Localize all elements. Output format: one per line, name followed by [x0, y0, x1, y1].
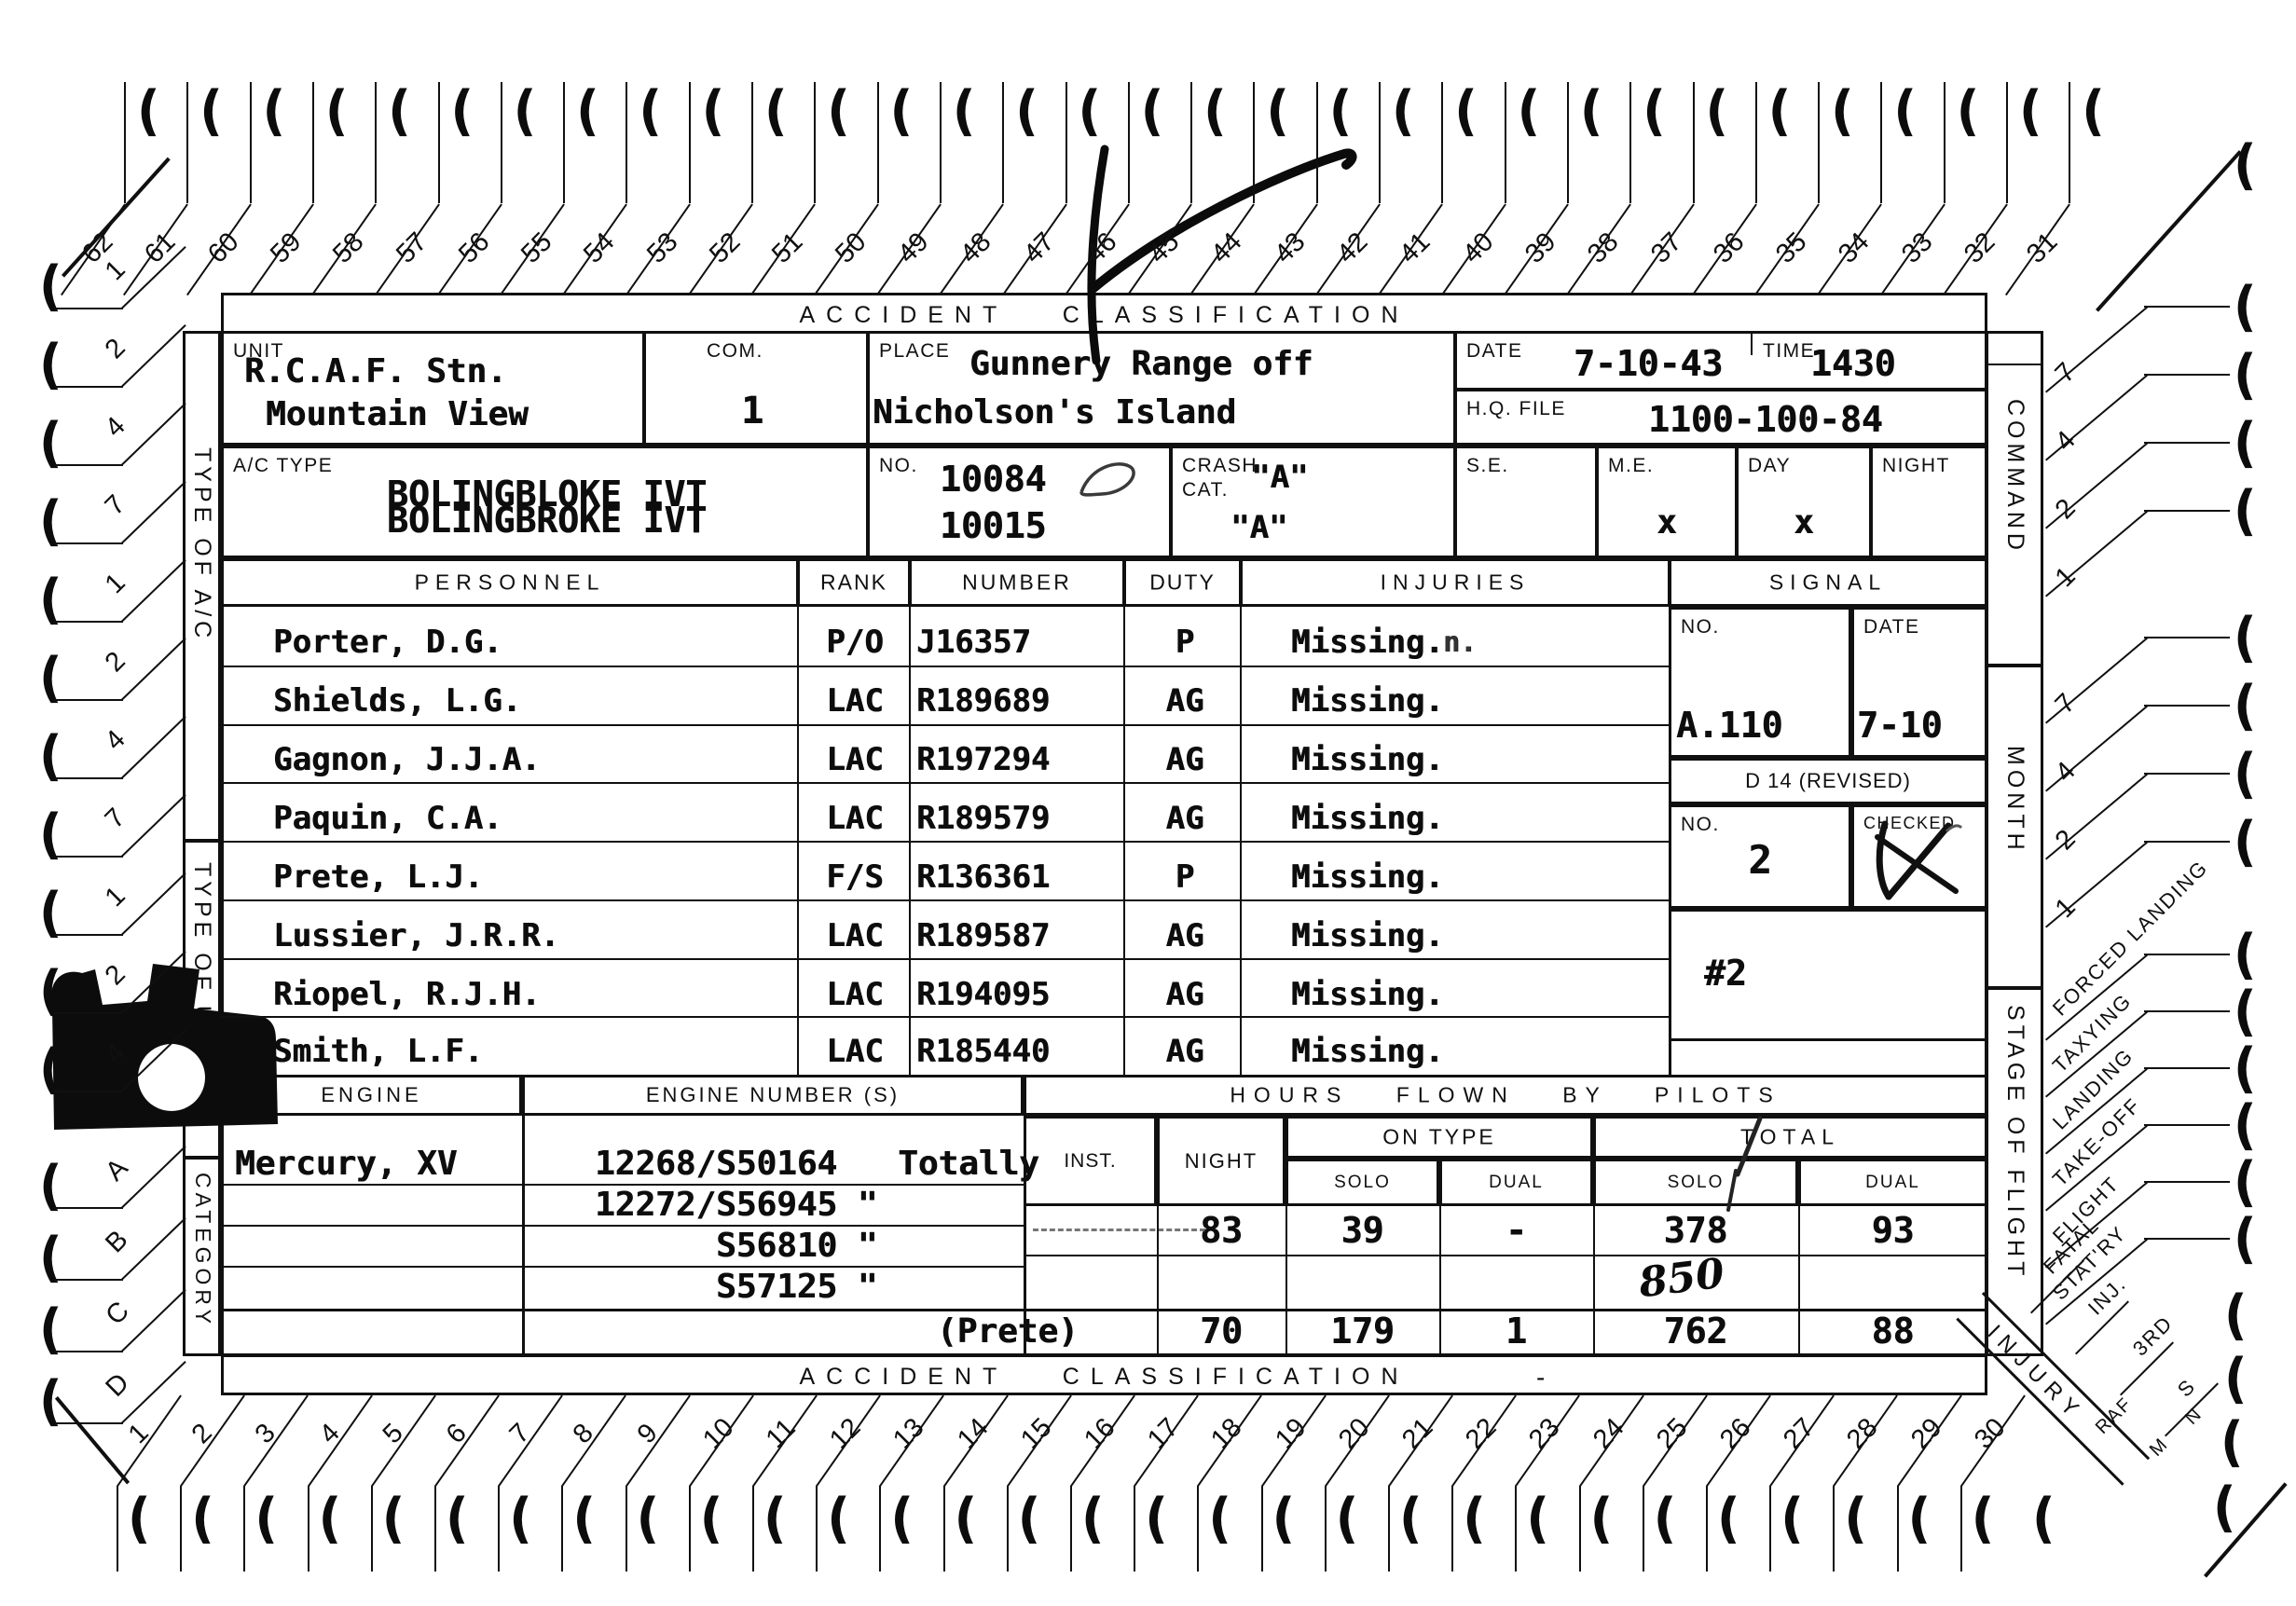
punch-hole-icon: ( — [1780, 1491, 1804, 1545]
punch-hole-icon: ( — [1580, 84, 1603, 138]
punch-hole-icon: ( — [2213, 1480, 2236, 1534]
frame-line — [2144, 374, 2230, 376]
bottom-edge-number: 7 — [504, 1418, 537, 1450]
frame-line — [250, 82, 252, 203]
p-name: Porter, D.G. — [273, 624, 502, 661]
left-edge-number: 2 — [100, 333, 132, 365]
engine-numbers-header-cell: ENGINE NUMBER (S) — [522, 1075, 1024, 1116]
pen-swoosh-mark — [1016, 117, 1389, 387]
left-edge-number: B — [100, 1225, 134, 1259]
frame-line — [54, 1351, 123, 1352]
p-injuries: Missing. — [1291, 800, 1444, 837]
punch-hole-icon: ( — [1893, 84, 1917, 138]
frame-line — [221, 724, 1669, 726]
frame-line — [186, 82, 188, 203]
number-header-cell: NUMBER — [909, 558, 1125, 607]
bottom-edge-number: 11 — [761, 1413, 803, 1455]
punch-hole-icon: ( — [2220, 1415, 2244, 1469]
frame-line — [2144, 841, 2230, 843]
frame-line — [1567, 82, 1569, 203]
signal-no-value: A.110 — [1676, 705, 1782, 746]
frame-line — [221, 1184, 1024, 1186]
frame-line — [1197, 1486, 1199, 1572]
on-type-label: ON TYPE — [1288, 1125, 1590, 1150]
punch-hole-icon: ( — [39, 337, 62, 391]
frame-line — [2045, 307, 2148, 393]
frame-line — [54, 621, 123, 623]
frame-line — [371, 1486, 373, 1572]
frame-line — [308, 1486, 309, 1572]
frame-line — [54, 1207, 123, 1209]
frame-line — [814, 82, 816, 203]
punch-hole-icon: ( — [1972, 1491, 1995, 1545]
frame-line — [1669, 558, 1671, 1075]
frame-line — [1693, 82, 1695, 203]
signal-revision-cell: D 14 (REVISED) — [1669, 758, 1987, 804]
p-name: Prete, L.J. — [273, 858, 483, 896]
hours-total-solo-value: 762 — [1593, 1311, 1798, 1352]
punch-hole-icon: ( — [2234, 416, 2257, 470]
p-number: R189579 — [916, 800, 1050, 837]
punch-hole-icon: ( — [39, 416, 62, 470]
frame-line — [1316, 82, 1318, 203]
p-name: Paquin, C.A. — [273, 800, 502, 837]
day-label: DAY — [1748, 455, 1791, 477]
frame-line — [1755, 82, 1757, 203]
frame-line — [522, 1075, 525, 1356]
hours-header-label: HOURS FLOWN BY PILOTS — [1026, 1083, 1985, 1108]
frame-line — [117, 1486, 118, 1572]
ac-number-line1: 10084 — [940, 459, 1046, 500]
crash-label: CRASH — [1182, 455, 1258, 477]
frame-line — [1986, 986, 2043, 990]
p-injuries: Missing. — [1291, 1033, 1444, 1070]
frame-line — [221, 841, 1669, 843]
p-duty: AG — [1127, 682, 1243, 720]
frame-line — [121, 481, 186, 543]
injury-severity-label: 3RD — [2128, 1311, 2179, 1361]
engine-number-row: S57125 " — [595, 1268, 877, 1306]
frame-line — [124, 82, 126, 203]
punch-hole-icon: ( — [1463, 1491, 1486, 1545]
punch-hole-icon: ( — [1329, 84, 1353, 138]
left-edge-number: D — [100, 1367, 135, 1403]
p-name: Gagnon, J.J.A. — [273, 741, 541, 778]
bottom-edge-number: 14 — [952, 1412, 995, 1455]
frame-line — [1579, 1486, 1581, 1572]
frame-line — [221, 1266, 1024, 1268]
engine-numbers-header-label: ENGINE NUMBER (S) — [525, 1083, 1021, 1107]
signal-header-cell: SIGNAL — [1669, 558, 1987, 607]
bottom-edge-number: 24 — [1588, 1412, 1630, 1455]
p-number: R189689 — [916, 682, 1050, 720]
duty-header-label: DUTY — [1126, 570, 1239, 596]
bottom-edge-number: 5 — [377, 1418, 409, 1450]
frame-line — [943, 1486, 945, 1572]
engine-number-row: S56810 " — [595, 1227, 877, 1265]
hours-dual-value: - — [1439, 1210, 1593, 1251]
p-injuries: Missing. — [1291, 682, 1444, 720]
hours-solo-value: 39 — [1285, 1210, 1439, 1251]
frame-line — [2144, 1067, 2230, 1069]
frame-line — [940, 82, 942, 203]
frame-line — [121, 794, 186, 857]
p-name: Shields, L.G. — [273, 682, 521, 720]
right-band-label-stage-of-flight: STAGE OF FLIGHT — [2001, 1005, 2028, 1280]
signal-no-label: NO. — [1681, 616, 1720, 638]
frame-line — [751, 82, 753, 203]
frame-line — [1002, 82, 1004, 203]
ac-type-label: A/C TYPE — [233, 455, 333, 477]
frame-line — [121, 559, 186, 622]
frame-line — [2045, 706, 2148, 792]
rank-header-cell: RANK — [797, 558, 911, 607]
signal-date-value: 7-10 — [1857, 705, 1943, 746]
frame-line — [1769, 1486, 1771, 1572]
punch-hole-icon: ( — [2234, 1041, 2257, 1095]
punch-hole-icon: ( — [1336, 1491, 1359, 1545]
punch-hole-icon: ( — [2234, 484, 2257, 538]
bottom-edge-number: 10 — [697, 1412, 740, 1455]
punch-hole-icon: ( — [451, 84, 474, 138]
frame-line — [121, 638, 186, 700]
punch-hole-icon: ( — [827, 1491, 850, 1545]
frame-line — [2144, 1010, 2230, 1012]
frame-line — [434, 1486, 436, 1572]
bottom-edge-number: 2 — [186, 1418, 219, 1450]
p-duty: AG — [1127, 741, 1243, 778]
bottom-edge-number: 4 — [313, 1418, 346, 1450]
frame-line — [1944, 82, 1945, 203]
p-injuries: Missing. — [1291, 741, 1444, 778]
punch-hole-icon: ( — [955, 1491, 978, 1545]
punch-hole-icon: ( — [2234, 984, 2257, 1038]
me-label: M.E. — [1608, 455, 1654, 477]
unit-value-line2: Mountain View — [266, 395, 529, 433]
frame-line — [221, 1309, 1987, 1311]
frame-line — [221, 666, 1669, 667]
frame-line — [752, 1486, 754, 1572]
frame-line — [121, 716, 186, 778]
punch-hole-icon: ( — [1081, 1491, 1105, 1545]
frame-line — [183, 839, 221, 843]
frame-line — [2096, 150, 2242, 312]
p-injuries: Missing. — [1291, 624, 1444, 661]
punch-hole-icon: ( — [764, 84, 788, 138]
frame-line — [501, 82, 502, 203]
on-type-header-cell: ON TYPE — [1285, 1116, 1593, 1159]
frame-line — [221, 899, 1669, 901]
pencil-scribble — [1074, 453, 1148, 509]
frame-line — [2006, 82, 2008, 203]
bottom-edge-number: 12 — [824, 1412, 867, 1455]
left-edge-number: 1 — [100, 881, 132, 913]
frame-line — [2144, 1238, 2230, 1240]
p-duty: P — [1127, 624, 1243, 661]
total-dual-label: DUAL — [1801, 1173, 1985, 1193]
left-edge-number: C — [100, 1296, 135, 1331]
frame-line — [1960, 1486, 1962, 1572]
frame-line — [498, 1486, 500, 1572]
frame-line — [1285, 1116, 1287, 1356]
bottom-edge-number: 8 — [568, 1418, 600, 1450]
me-value: x — [1596, 503, 1738, 542]
punch-hole-icon: ( — [890, 1491, 914, 1545]
punch-hole-icon: ( — [514, 84, 537, 138]
left-edge-number: 4 — [100, 411, 132, 444]
p-number: R185440 — [916, 1033, 1050, 1070]
punch-hole-icon: ( — [2234, 348, 2257, 402]
punch-hole-icon: ( — [1079, 84, 1102, 138]
punch-hole-icon: ( — [2234, 815, 2257, 869]
punch-hole-icon: ( — [1145, 1491, 1168, 1545]
punch-hole-icon: ( — [1706, 84, 1729, 138]
frame-line — [54, 1091, 123, 1092]
personnel-header-cell: PERSONNEL — [221, 558, 799, 607]
bottom-edge-number: 6 — [441, 1418, 474, 1450]
left-edge-number: 7 — [100, 803, 132, 835]
frame-line — [2045, 443, 2148, 529]
punch-hole-icon: ( — [1590, 1491, 1614, 1545]
bottom-edge-number: 30 — [1969, 1412, 2012, 1455]
frame-line — [1253, 82, 1255, 203]
frame-line — [563, 82, 565, 203]
punch-hole-icon: ( — [39, 729, 62, 783]
punch-hole-icon: ( — [637, 1491, 660, 1545]
frame-line — [1190, 82, 1192, 203]
frame-line — [54, 856, 123, 858]
stage-of-flight-label: FORCED LANDING — [2048, 856, 2213, 1021]
left-band-label-type-of-ac: TYPE OF A/C — [188, 447, 215, 642]
signal-header-label: SIGNAL — [1671, 570, 1985, 596]
punch-hole-icon: ( — [890, 84, 914, 138]
frame-line — [55, 1396, 130, 1484]
left-edge-number: 1 — [100, 568, 132, 600]
time-value: 1430 — [1810, 343, 1896, 384]
punch-hole-icon: ( — [446, 1491, 469, 1545]
on-type-dual-header-cell: DUAL — [1439, 1159, 1593, 1206]
signal-date-label: DATE — [1863, 616, 1919, 638]
p-duty: AG — [1127, 917, 1243, 954]
frame-line — [879, 1486, 881, 1572]
personnel-header-label: PERSONNEL — [224, 570, 796, 596]
punch-hole-icon: ( — [1844, 1491, 1867, 1545]
accident-classification-card: ACCIDENT CLASSIFICATION ACCIDENT CLASSIF… — [0, 0, 2296, 1606]
punch-hole-icon: ( — [1015, 84, 1038, 138]
frame-line — [180, 1486, 182, 1572]
frame-line — [2045, 511, 2148, 597]
frame-line — [626, 1486, 627, 1572]
frame-line — [54, 1012, 123, 1014]
punch-hole-icon: ( — [1768, 84, 1792, 138]
frame-line — [54, 542, 123, 544]
frame-line — [877, 82, 879, 203]
frame-line — [1134, 1486, 1135, 1572]
se-label: S.E. — [1466, 455, 1509, 477]
frame-line — [2045, 375, 2148, 461]
frame-line — [183, 1156, 221, 1160]
frame-line — [243, 1486, 245, 1572]
frame-line — [1451, 1486, 1453, 1572]
bottom-edge-number: 19 — [1270, 1412, 1313, 1455]
night-cell: NIGHT — [1870, 446, 1987, 558]
frame-line — [54, 777, 123, 779]
frame-line — [2144, 442, 2230, 444]
frame-line — [1066, 82, 1067, 203]
punch-hole-icon: ( — [2019, 84, 2042, 138]
com-label: COM. — [707, 340, 763, 363]
frame-line — [1505, 82, 1506, 203]
p-injuries: Missing. — [1291, 976, 1444, 1013]
punch-hole-icon: ( — [1643, 84, 1666, 138]
p-number: R194095 — [916, 976, 1050, 1013]
frame-line — [54, 1422, 123, 1424]
frame-line — [2069, 82, 2070, 203]
frame-line — [689, 82, 691, 203]
pen-slash-mark — [1650, 1105, 1808, 1217]
corner-label: N — [2181, 1404, 2207, 1430]
com-value: 1 — [741, 390, 763, 432]
p-number: R197294 — [916, 741, 1050, 778]
frame-line — [1880, 82, 1882, 203]
injury-severity-label: S — [2173, 1374, 2201, 1402]
bottom-edge-number: 15 — [1015, 1412, 1058, 1455]
inst-header-cell: INST. — [1024, 1116, 1157, 1206]
frame-line — [2144, 1124, 2230, 1126]
bottom-edge-number: 17 — [1142, 1412, 1185, 1455]
frame-line — [1128, 82, 1130, 203]
bottom-edge-number: 21 — [1396, 1412, 1439, 1455]
punch-hole-icon: ( — [382, 1491, 406, 1545]
hq-file-value: 1100-100-84 — [1648, 399, 1883, 440]
punch-hole-icon: ( — [39, 651, 62, 705]
cat-label: CAT. — [1182, 479, 1229, 501]
punch-hole-icon: ( — [1908, 1491, 1932, 1545]
punch-hole-icon: ( — [39, 1302, 62, 1356]
p-duty: P — [1127, 858, 1243, 896]
corner-label: M — [2146, 1434, 2173, 1461]
bottom-edge-number: 1 — [123, 1418, 156, 1450]
frame-line — [1818, 82, 1820, 203]
bottom-edge-number: 16 — [1079, 1412, 1121, 1455]
punch-hole-icon: ( — [1272, 1491, 1296, 1545]
injuries-header-label: INJURIES — [1243, 570, 1668, 596]
engine-value: Mercury, XV — [235, 1145, 457, 1183]
punch-hole-icon: ( — [39, 572, 62, 626]
bottom-edge-number: 25 — [1651, 1412, 1694, 1455]
punch-hole-icon: ( — [39, 964, 62, 1018]
ac-number-line2: 10015 — [940, 505, 1046, 546]
frame-line — [816, 1486, 818, 1572]
punch-hole-icon: ( — [2234, 679, 2257, 733]
p-rank: LAC — [799, 741, 911, 778]
frame-line — [1751, 331, 1753, 355]
frame-line — [2144, 954, 2230, 955]
duty-header-cell: DUTY — [1123, 558, 1242, 607]
frame-line — [1261, 1486, 1263, 1572]
dual-label: DUAL — [1442, 1173, 1590, 1193]
engine-number-row: 12272/S56945 " — [595, 1186, 877, 1224]
frame-line — [2144, 705, 2230, 707]
left-edge-number: 1 — [100, 254, 132, 287]
p-rank: LAC — [799, 917, 911, 954]
frame-line — [2045, 774, 2148, 860]
engine-number-row-pilot: (Prete) — [937, 1312, 1079, 1351]
hq-file-label: H.Q. FILE — [1466, 398, 1566, 420]
frame-line — [54, 699, 123, 701]
signal-revision-label: D 14 (REVISED) — [1671, 769, 1985, 793]
frame-line — [1833, 1486, 1835, 1572]
date-value: 7-10-43 — [1574, 343, 1723, 384]
punch-hole-icon: ( — [763, 1491, 787, 1545]
punch-hole-icon: ( — [700, 1491, 723, 1545]
frame-line — [1379, 82, 1381, 203]
punch-hole-icon: ( — [1831, 84, 1854, 138]
left-band-label-category: CATEGORY — [190, 1173, 215, 1328]
frame-line — [1986, 364, 2043, 365]
p-rank: F/S — [799, 858, 911, 896]
p-rank: P/O — [799, 624, 911, 661]
frame-line — [1593, 1116, 1595, 1356]
punch-hole-icon: ( — [509, 1491, 532, 1545]
hours-total-dual-value: 93 — [1798, 1210, 1987, 1251]
punch-hole-icon: ( — [2234, 1212, 2257, 1266]
frame-line — [1706, 1486, 1708, 1572]
hours-solo-value: 179 — [1285, 1311, 1439, 1352]
inst-label: INST. — [1026, 1150, 1154, 1173]
frame-line — [1441, 82, 1443, 203]
p-name: Lussier, J.R.R. — [273, 917, 559, 954]
left-edge-number: 4 — [100, 724, 132, 757]
punch-hole-icon: ( — [2234, 1155, 2257, 1209]
night-label: NIGHT — [1160, 1149, 1283, 1174]
punch-hole-icon: ( — [199, 84, 223, 138]
punch-hole-icon: ( — [1208, 1491, 1231, 1545]
engine-number-row: 12268/S50164 Totally — [595, 1145, 1039, 1183]
punch-hole-icon: ( — [319, 1491, 342, 1545]
frame-line — [2144, 306, 2230, 308]
left-edge-number: 2 — [100, 646, 132, 679]
punch-hole-icon: ( — [2224, 1352, 2248, 1406]
punch-hole-icon: ( — [39, 494, 62, 548]
number-header-label: NUMBER — [912, 570, 1122, 596]
punch-hole-icon: ( — [1526, 1491, 1549, 1545]
punch-hole-icon: ( — [2234, 280, 2257, 334]
frame-line — [2144, 1181, 2230, 1183]
punch-hole-icon: ( — [2234, 747, 2257, 801]
punch-hole-icon: ( — [2234, 1098, 2257, 1152]
frame-line — [2144, 510, 2230, 512]
p-duty: AG — [1127, 976, 1243, 1013]
left-edge-number: 7 — [100, 489, 132, 522]
punch-hole-icon: ( — [39, 885, 62, 940]
punch-hole-icon: ( — [576, 84, 599, 138]
frame-line — [626, 82, 627, 203]
bottom-edge-number: 26 — [1714, 1412, 1757, 1455]
frame-line — [221, 1016, 1669, 1018]
punch-hole-icon: ( — [1717, 1491, 1740, 1545]
punch-hole-icon: ( — [39, 807, 62, 861]
hours-header-cell: HOURS FLOWN BY PILOTS — [1024, 1075, 1987, 1116]
frame-line — [1007, 1486, 1009, 1572]
bottom-edge-number: 29 — [1905, 1412, 1948, 1455]
p-number: R189587 — [916, 917, 1050, 954]
place-value-line2: Nicholson's Island — [873, 393, 1236, 432]
frame-line — [221, 1225, 1024, 1227]
hours-night-value: 70 — [1157, 1311, 1285, 1352]
p-rank: LAC — [799, 1033, 911, 1070]
frame-line — [221, 958, 1669, 960]
